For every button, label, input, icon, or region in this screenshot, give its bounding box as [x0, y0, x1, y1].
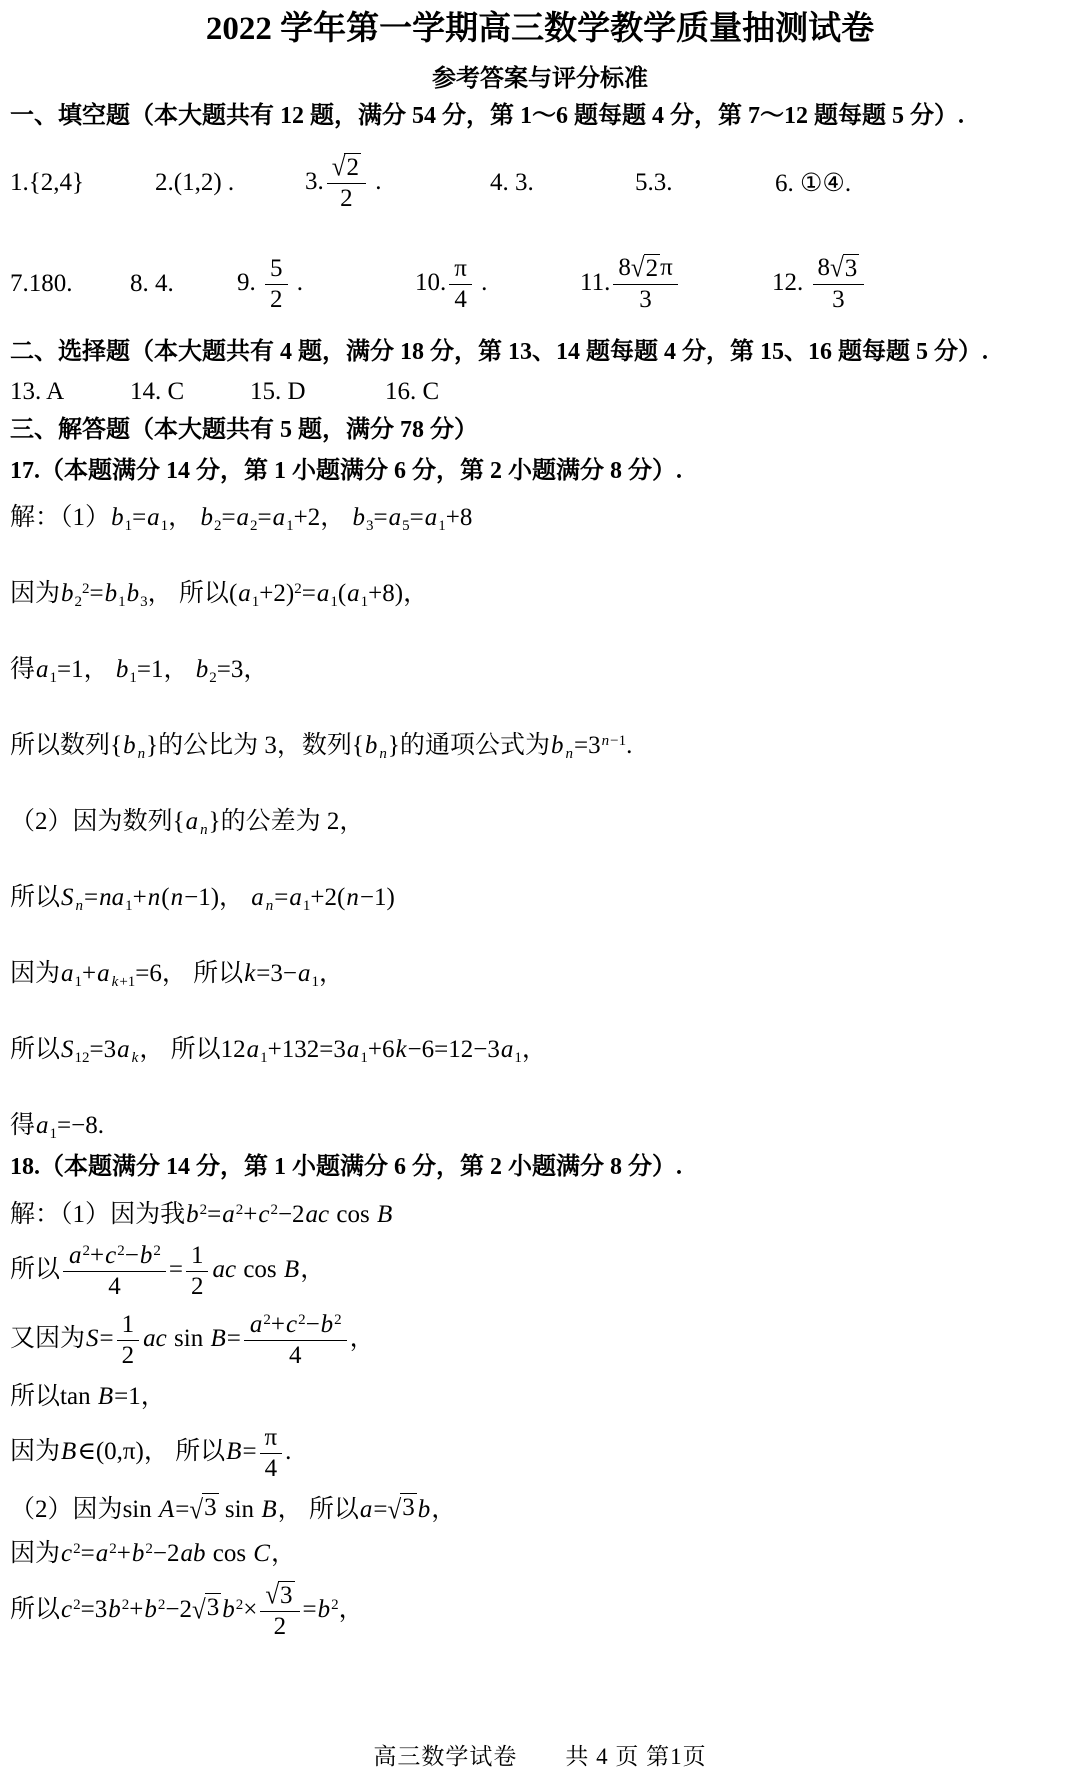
math-variable: b: [110, 504, 125, 531]
upright-text: cos: [237, 1256, 283, 1283]
sqrt-radical: √2: [631, 254, 660, 284]
math-variable: b: [317, 1596, 332, 1623]
superscript: 2: [298, 1311, 306, 1327]
radicand: 3: [205, 1593, 222, 1623]
subscript: k+1: [111, 974, 136, 990]
sqrt-radical: √3: [830, 254, 859, 284]
math-variable: n: [137, 746, 147, 762]
math-variable: B: [97, 1383, 114, 1410]
math-variable: S: [85, 1325, 100, 1352]
subscript: 1: [361, 594, 369, 610]
subscript: 1: [260, 1050, 268, 1066]
math-variable: a: [249, 1311, 264, 1338]
radicand: 2: [344, 153, 361, 183]
subscript: 1: [161, 518, 169, 534]
superscript: 2: [200, 1201, 208, 1217]
fraction: 12: [186, 1242, 209, 1301]
math-variable: a: [60, 960, 75, 987]
answer-item: 6. ①④.: [775, 168, 851, 198]
math-line: 得a1=1， b1=1， b2=3，: [10, 653, 1070, 687]
radical-sign: √: [332, 153, 346, 183]
fraction-denominator: 2: [186, 1272, 209, 1301]
math-line: 得a1=−8.: [10, 1109, 1070, 1143]
subscript: 2: [75, 594, 83, 610]
fraction-denominator: 3: [634, 285, 657, 314]
math-variable: a: [185, 808, 200, 835]
subscript: 2: [214, 518, 222, 534]
superscript: 2: [145, 1540, 153, 1556]
math-variable: a: [297, 960, 312, 987]
superscript: 2: [117, 1242, 125, 1258]
upright-text: sin: [123, 1496, 158, 1523]
superscript: n−1: [601, 733, 626, 749]
answer-item: 16. C: [385, 378, 439, 406]
math-variable: a: [359, 1496, 374, 1523]
section-choice-heading: 二、选择题（本大题共有 4 题，满分 18 分，第 13、14 题每题 4 分，…: [10, 336, 1070, 368]
superscript: 2: [73, 1597, 81, 1613]
math-variable: c: [60, 1540, 73, 1567]
math-line: 所以S12=3ak， 所以12a1+132=3a1+6k−6=12−3a1，: [10, 1033, 1070, 1067]
upright-text: sin: [219, 1496, 261, 1523]
math-line: 因为a1+ak+1=6， 所以k=3−a1，: [10, 957, 1070, 991]
subscript: 1: [75, 974, 83, 990]
page-footer: 高三数学试卷 共 4 页 第1页: [0, 1738, 1080, 1771]
answer-item: 2.(1,2) .: [155, 169, 305, 197]
radical-sign: √: [830, 254, 844, 284]
math-variable: b: [221, 1596, 236, 1623]
math-variable: k: [394, 1036, 407, 1063]
subscript: 1: [514, 1050, 522, 1066]
subscript: 1: [129, 670, 137, 686]
answer-item: 13. A: [10, 378, 130, 406]
math-line: 因为B∈(0,π)， 所以B=π4.: [10, 1424, 1070, 1483]
fraction-numerator: √2: [327, 153, 366, 185]
fraction: 8√33: [813, 254, 865, 315]
math-variable: a: [116, 1036, 131, 1063]
superscript: 2: [82, 581, 90, 597]
superscript: 2: [236, 1201, 244, 1217]
fraction-numerator: 1: [117, 1311, 140, 1341]
math-variable: n: [170, 884, 185, 911]
math-line: 所以数列{bn}的公比为 3，数列{bn}的通项公式为bn=3n−1.: [10, 729, 1070, 763]
subscript: 2: [209, 670, 217, 686]
math-variable: A: [158, 1496, 175, 1523]
math-variable: C: [252, 1540, 271, 1567]
fraction-denominator: 4: [103, 1272, 126, 1301]
math-variable: B: [60, 1438, 77, 1465]
math-line: 解：（1）因为我b2=a2+c2−2ac cos B: [10, 1198, 1070, 1232]
radicand: 2: [644, 254, 661, 284]
answer-item: 11.8√2π3: [580, 254, 772, 315]
math-variable: a: [236, 504, 251, 531]
fraction: π4: [260, 1424, 283, 1483]
answer-item: 3.√22 .: [305, 153, 490, 214]
answer-item: 9. 52 .: [237, 255, 415, 314]
superscript: 2: [109, 1540, 117, 1556]
math-line: （2）因为sin A=√3 sin B， 所以a=√3b，: [10, 1493, 1070, 1527]
math-variable: b: [195, 656, 210, 683]
math-variable: ac: [211, 1256, 237, 1283]
answer-item: 12. 8√33: [772, 254, 867, 315]
choice-answers-row: 13. A14. C15. D16. C: [10, 372, 1070, 412]
problem-18-heading: 18.（本题满分 14 分，第 1 小题满分 6 分，第 2 小题满分 8 分）…: [10, 1151, 1070, 1183]
fraction: 8√2π3: [613, 254, 677, 315]
subscript: 2: [250, 518, 258, 534]
fraction: √32: [260, 1581, 299, 1642]
fraction-denominator: 2: [117, 1341, 140, 1370]
math-line: 所以a2+c2−b24=12ac cos B，: [10, 1242, 1070, 1301]
superscript: 2: [334, 1311, 342, 1327]
math-variable: a: [388, 504, 403, 531]
math-line: 所以Sn=na1+n(n−1)， an=a1+2(n−1): [10, 881, 1070, 915]
math-variable: B: [283, 1256, 300, 1283]
math-variable: n: [345, 884, 360, 911]
superscript: 2: [236, 1597, 244, 1613]
subscript: n: [378, 746, 388, 762]
math-variable: ac: [305, 1201, 331, 1228]
math-line: 所以c2=3b2+b2−2√3b2×√32=b2，: [10, 1581, 1070, 1642]
subscript: 1: [118, 594, 126, 610]
radical-sign: √: [631, 254, 645, 284]
math-variable: a: [424, 504, 439, 531]
upright-text: tan: [60, 1383, 97, 1410]
sqrt-radical: √3: [189, 1493, 218, 1527]
math-variable: n: [147, 884, 162, 911]
sqrt-radical: √3: [265, 1581, 294, 1611]
math-variable: a: [95, 1540, 110, 1567]
math-variable: b: [122, 732, 137, 759]
math-variable: a: [237, 580, 252, 607]
math-variable: na: [98, 884, 125, 911]
math-variable: c: [285, 1311, 298, 1338]
math-variable: b: [185, 1201, 200, 1228]
math-variable: k: [131, 1050, 140, 1066]
math-variable: n: [265, 898, 275, 914]
superscript: 2: [331, 1597, 339, 1613]
math-variable: a: [146, 504, 161, 531]
math-variable: b: [199, 504, 214, 531]
upright-text: sin: [168, 1325, 210, 1352]
page-title: 2022 学年第一学期高三数学教学质量抽测试卷: [10, 8, 1070, 51]
fraction-numerator: 5: [265, 255, 288, 285]
exam-answer-page: 2022 学年第一学期高三数学教学质量抽测试卷 参考答案与评分标准 一、填空题（…: [0, 0, 1080, 1785]
math-variable: b: [107, 1596, 122, 1623]
subscript: 1: [252, 594, 260, 610]
superscript: 2: [263, 1311, 271, 1327]
math-variable: ac: [142, 1325, 168, 1352]
math-variable: n: [378, 746, 388, 762]
upright-text: cos: [330, 1201, 376, 1228]
upright-text: cos: [206, 1540, 252, 1567]
math-variable: S: [60, 884, 75, 911]
math-variable: n: [199, 822, 209, 838]
radicand: 3: [400, 1493, 417, 1523]
math-variable: a: [316, 580, 331, 607]
fraction-numerator: 1: [186, 1242, 209, 1272]
math-variable: k: [111, 974, 120, 990]
answer-item: 8. 4.: [130, 270, 237, 298]
answer-item: 10.π4 .: [415, 255, 580, 314]
radicand: 3: [843, 254, 860, 284]
superscript: 2: [73, 1540, 81, 1556]
answer-item: 1.{2,4}: [10, 169, 155, 197]
radical-sign: √: [189, 1492, 203, 1529]
math-variable: n: [565, 746, 575, 762]
math-variable: b: [143, 1596, 158, 1623]
math-variable: a: [68, 1242, 83, 1269]
math-variable: b: [104, 580, 119, 607]
subscript: n: [265, 898, 275, 914]
fraction: a2+c2−b24: [244, 1311, 347, 1370]
subscript: n: [75, 898, 85, 914]
subscript: n: [565, 746, 575, 762]
math-variable: b: [60, 580, 75, 607]
problem-18-solution: 解：（1）因为我b2=a2+c2−2ac cos B所以a2+c2−b24=12…: [10, 1198, 1070, 1642]
math-variable: b: [131, 1540, 146, 1567]
fraction-numerator: 8√3: [813, 254, 865, 286]
superscript: 2: [158, 1597, 166, 1613]
math-variable: ab: [179, 1540, 206, 1567]
math-variable: B: [260, 1496, 277, 1523]
subscript: 1: [330, 594, 338, 610]
math-variable: a: [221, 1201, 236, 1228]
fraction-denominator: 2: [335, 184, 358, 213]
math-line: 解：（1）b1=a1， b2=a2=a1+2， b3=a5=a1+8: [10, 501, 1070, 535]
fraction-denominator: 4: [449, 285, 472, 314]
fraction: 52: [265, 255, 288, 314]
math-variable: n: [601, 733, 611, 749]
fill-in-answers-row-1: 1.{2,4}2.(1,2) .3.√22 .4. 3.5.3.6. ①④.: [10, 132, 1070, 234]
subscript: n: [137, 746, 147, 762]
fraction-denominator: 4: [260, 1454, 283, 1483]
math-variable: b: [320, 1311, 335, 1338]
subscript: 1: [438, 518, 446, 534]
fraction: 12: [117, 1311, 140, 1370]
subscript: 1: [286, 518, 294, 534]
answer-item: 15. D: [250, 378, 385, 406]
math-variable: a: [272, 504, 287, 531]
fraction-numerator: π: [449, 255, 472, 285]
fraction-denominator: 2: [265, 285, 288, 314]
fill-in-answers-row-2: 7.180.8. 4.9. 52 .10.π4 .11.8√2π312. 8√3…: [10, 234, 1070, 334]
superscript: 2: [122, 1597, 130, 1613]
sqrt-radical: √2: [332, 153, 361, 183]
math-variable: b: [139, 1242, 154, 1269]
math-variable: c: [104, 1242, 117, 1269]
fraction: π4: [449, 255, 472, 314]
problem-17-heading: 17.（本题满分 14 分，第 1 小题满分 6 分，第 2 小题满分 8 分）…: [10, 455, 1070, 487]
subscript: 1: [303, 898, 311, 914]
sqrt-radical: √3: [388, 1493, 417, 1527]
subscript: 1: [50, 670, 58, 686]
subscript: 1: [50, 1126, 58, 1142]
section-fill-in-heading: 一、填空题（本大题共有 12 题，满分 54 分，第 1～6 题每题 4 分，第…: [10, 100, 1070, 132]
subscript: 1: [312, 974, 320, 990]
fraction-denominator: 3: [827, 285, 850, 314]
math-line: 因为b22=b1b3， 所以(a1+2)2=a1(a1+8)，: [10, 577, 1070, 611]
math-variable: b: [550, 732, 565, 759]
math-variable: B: [225, 1438, 242, 1465]
subscript: 3: [140, 594, 148, 610]
radicand: 3: [202, 1493, 219, 1523]
fraction-numerator: 8√2π: [613, 254, 677, 286]
math-variable: a: [288, 884, 303, 911]
math-variable: b: [115, 656, 130, 683]
math-variable: k: [243, 960, 256, 987]
superscript: 2: [153, 1242, 161, 1258]
page-subtitle: 参考答案与评分标准: [10, 65, 1070, 94]
math-variable: b: [126, 580, 141, 607]
math-variable: a: [35, 656, 50, 683]
math-variable: a: [500, 1036, 515, 1063]
math-variable: b: [417, 1496, 432, 1523]
math-variable: a: [346, 1036, 361, 1063]
subscript: 5: [402, 518, 410, 534]
subscript: 1: [125, 898, 133, 914]
math-variable: a: [35, 1112, 50, 1139]
math-line: 又因为S=12ac sin B=a2+c2−b24，: [10, 1311, 1070, 1370]
subscript: 12: [75, 1050, 90, 1066]
sqrt-radical: √3: [192, 1593, 221, 1627]
answer-item: 4. 3.: [490, 169, 635, 197]
fraction: √22: [327, 153, 366, 214]
math-variable: a: [246, 1036, 261, 1063]
fraction-denominator: 2: [269, 1612, 292, 1641]
section-solve-heading: 三、解答题（本大题共有 5 题，满分 78 分）: [10, 414, 1070, 446]
answer-item: 5.3.: [635, 169, 775, 197]
math-variable: a: [250, 884, 265, 911]
math-variable: n: [75, 898, 85, 914]
answer-item: 7.180.: [10, 270, 130, 298]
math-line: 所以tan B=1，: [10, 1380, 1070, 1414]
fraction-numerator: a2+c2−b2: [244, 1311, 347, 1341]
fraction-denominator: 4: [284, 1341, 307, 1370]
radicand: 3: [278, 1581, 295, 1611]
subscript: 1: [125, 518, 133, 534]
math-line: 因为c2=a2+b2−2ab cos C，: [10, 1537, 1070, 1571]
fraction-numerator: √3: [260, 1581, 299, 1613]
subscript: k: [131, 1050, 140, 1066]
problem-17-solution: 解：（1）b1=a1， b2=a2=a1+2， b3=a5=a1+8因为b22=…: [10, 501, 1070, 1143]
radical-sign: √: [388, 1492, 402, 1529]
fraction-numerator: π: [260, 1424, 283, 1454]
math-variable: S: [60, 1036, 75, 1063]
math-variable: B: [376, 1201, 393, 1228]
math-variable: b: [352, 504, 367, 531]
answer-item: 14. C: [130, 378, 250, 406]
superscript: 2: [294, 581, 302, 597]
superscript: 2: [270, 1201, 278, 1217]
math-variable: a: [96, 960, 111, 987]
math-variable: a: [346, 580, 361, 607]
subscript: 1: [360, 1050, 368, 1066]
superscript: 2: [83, 1242, 91, 1258]
math-line: （2）因为数列{an}的公差为 2，: [10, 805, 1070, 839]
radical-sign: √: [192, 1592, 206, 1629]
fraction-numerator: a2+c2−b2: [63, 1242, 166, 1272]
math-variable: B: [209, 1325, 226, 1352]
fraction: a2+c2−b24: [63, 1242, 166, 1301]
math-variable: c: [257, 1201, 270, 1228]
math-variable: c: [60, 1596, 73, 1623]
subscript: 3: [366, 518, 374, 534]
math-variable: b: [364, 732, 379, 759]
radical-sign: √: [265, 1581, 279, 1611]
subscript: n: [199, 822, 209, 838]
